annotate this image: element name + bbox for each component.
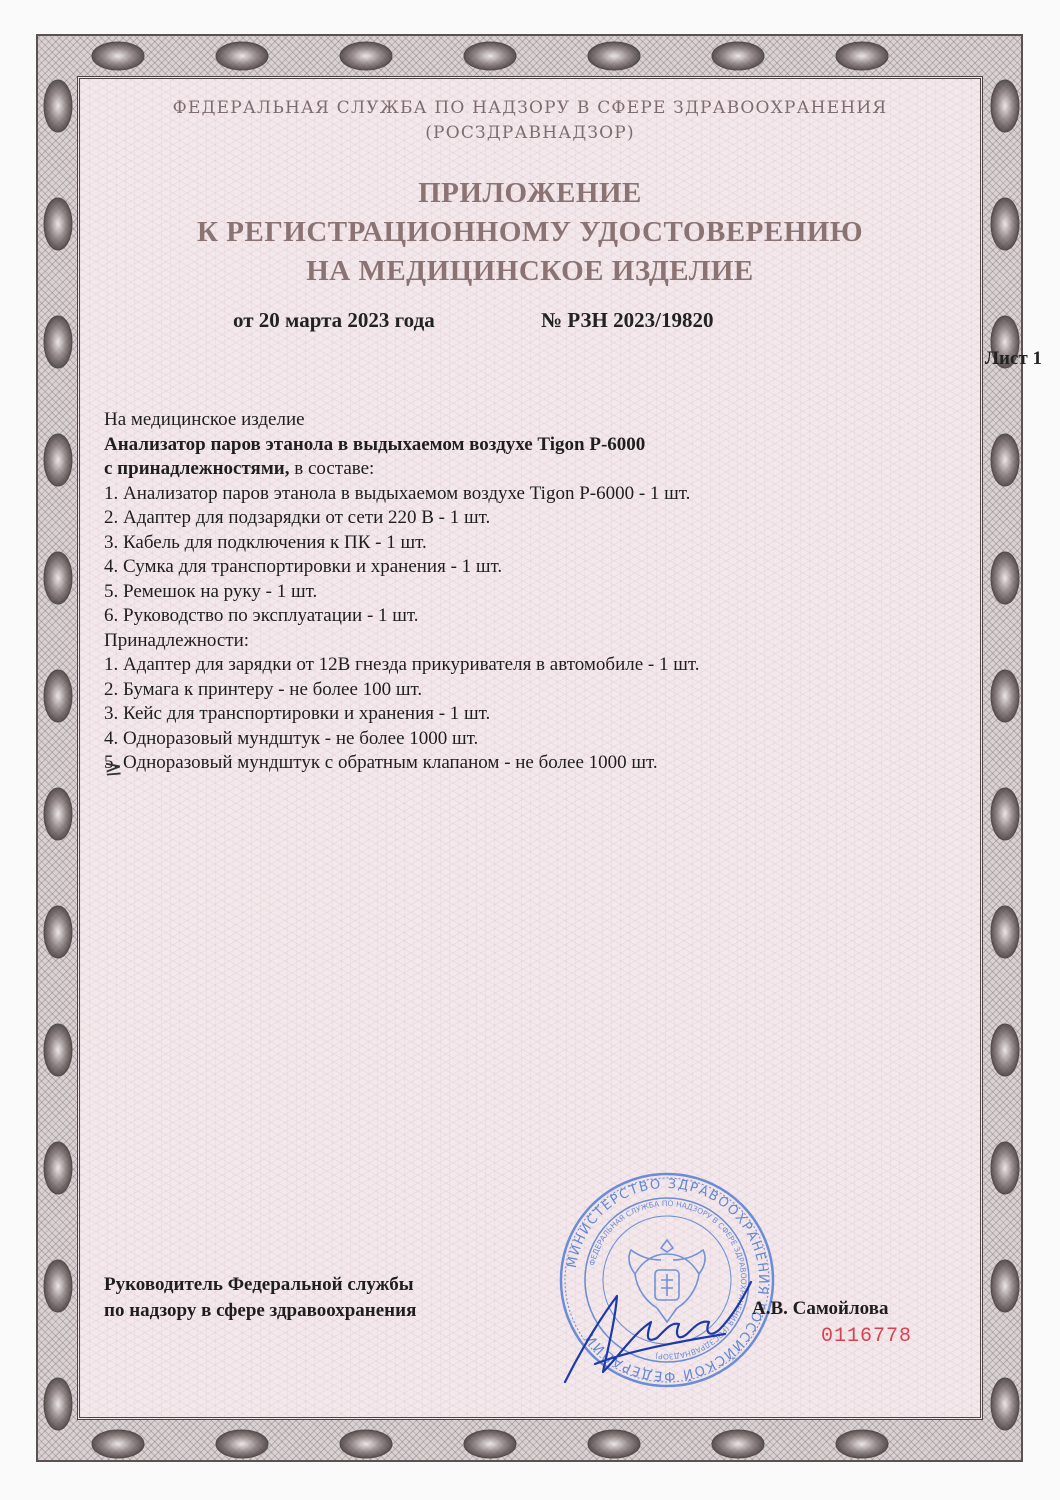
agency-name: ФЕДЕРАЛЬНАЯ СЛУЖБА ПО НАДЗОРУ В СФЕРЕ ЗД… <box>0 96 1060 121</box>
component-item: 4. Сумка для транспортировки и хранения … <box>104 555 1020 580</box>
accessory-item: 5. Одноразовый мундштук с обратным клапа… <box>104 751 1020 776</box>
form-serial-number: 0116778 <box>821 1325 912 1348</box>
device-description: На медицинское изделие Анализатор паров … <box>104 408 1020 776</box>
document-title: ПРИЛОЖЕНИЕ К РЕГИСТРАЦИОННОМУ УДОСТОВЕРЕ… <box>0 174 1060 291</box>
handwritten-signature <box>555 1272 755 1387</box>
component-item: 6. Руководство по эксплуатации - 1 шт. <box>104 604 1020 629</box>
issuing-agency: ФЕДЕРАЛЬНАЯ СЛУЖБА ПО НАДЗОРУ В СФЕРЕ ЗД… <box>0 96 1060 146</box>
component-item: 3. Кабель для подключения к ПК - 1 шт. <box>104 531 1020 556</box>
title-line-2: К РЕГИСТРАЦИОННОМУ УДОСТОВЕРЕНИЮ <box>0 213 1060 252</box>
accessory-item: 3. Кейс для транспортировки и хранения -… <box>104 702 1020 727</box>
handwritten-end-mark: ≥ <box>103 755 124 782</box>
signer-name: А.В. Самойлова <box>752 1298 888 1320</box>
accessory-item: 4. Одноразовый мундштук - не более 1000 … <box>104 727 1020 752</box>
device-name-continued: с принадлежностями, в составе: <box>104 457 1020 482</box>
component-item: 5. Ремешок на руку - 1 шт. <box>104 580 1020 605</box>
device-name: Анализатор паров этанола в выдыхаемом во… <box>104 433 1020 458</box>
sheet-number: Лист 1 <box>985 348 1042 370</box>
component-item: 2. Адаптер для подзарядки от сети 220 В … <box>104 506 1020 531</box>
component-item: 1. Анализатор паров этанола в выдыхаемом… <box>104 482 1020 507</box>
title-line-1: ПРИЛОЖЕНИЕ <box>0 174 1060 213</box>
signer-title: Руководитель Федеральной службы по надзо… <box>104 1272 416 1324</box>
agency-abbreviation: (РОСЗДРАВНАДЗОР) <box>0 121 1060 146</box>
issue-date: от 20 марта 2023 года <box>233 308 435 333</box>
components-list: 1. Анализатор паров этанола в выдыхаемом… <box>104 482 1020 629</box>
registration-number: № РЗН 2023/19820 <box>541 308 713 333</box>
device-intro: На медицинское изделие <box>104 408 1020 433</box>
accessory-item: 2. Бумага к принтеру - не более 100 шт. <box>104 678 1020 703</box>
accessory-item: 1. Адаптер для зарядки от 12В гнезда при… <box>104 653 1020 678</box>
accessories-heading: Принадлежности: <box>104 629 1020 654</box>
title-line-3: НА МЕДИЦИНСКОЕ ИЗДЕЛИЕ <box>0 252 1060 291</box>
accessories-list: 1. Адаптер для зарядки от 12В гнезда при… <box>104 653 1020 776</box>
